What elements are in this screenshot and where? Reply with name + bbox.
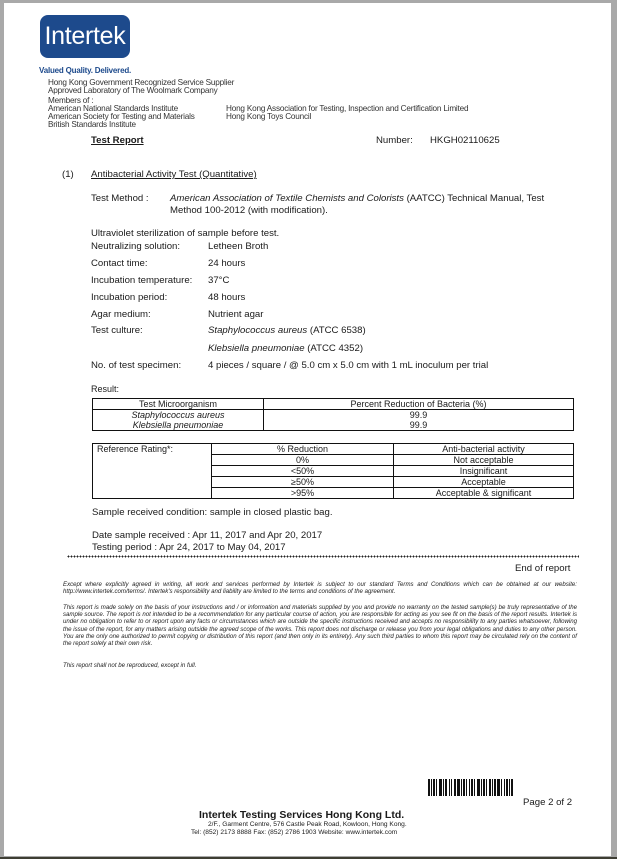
report-number: HKGH02110625 [430,135,500,146]
table-row: Klebsiella pneumoniae 99.9 [93,420,574,431]
reduction-cell: 99.9 [264,420,574,431]
method-rest: (AATCC) Technical Manual, Test [404,193,544,204]
result-table: Test Microorganism Percent Reduction of … [92,398,574,431]
table-header: % Reduction [212,444,394,455]
organism-cell: Staphylococcus aureus [93,410,264,421]
organism-cell: Klebsiella pneumoniae [93,420,264,431]
method-org: American Association of Textile Chemists… [170,193,404,204]
dotted-separator [67,555,579,558]
barcode [428,779,576,796]
logo-text: Intertek [45,22,126,50]
reduction-cell: <50% [212,466,394,477]
culture-1: Staphylococcus aureus (ATCC 6538) [208,325,366,336]
section-title: Antibacterial Activity Test (Quantitativ… [91,169,257,180]
param-value: Letheen Broth [208,241,268,252]
page-number: Page 2 of 2 [523,797,572,808]
disclaimer-scope: This report is made solely on the basis … [63,604,577,647]
sterilization-note: Ultraviolet sterilization of sample befo… [91,228,279,239]
test-method-label: Test Method : [91,193,149,204]
end-of-report: End of report [515,563,570,574]
activity-cell: Not acceptable [394,455,574,466]
company-contact: Tel: (852) 2173 8888 Fax: (852) 2786 190… [191,829,397,836]
param-value: 48 hours [208,292,245,303]
company-address: 2/F., Garment Centre, 576 Castle Peak Ro… [208,821,407,828]
param-label: Incubation temperature: [91,275,192,286]
reduction-cell: ≥50% [212,477,394,488]
intertek-logo: Intertek [40,15,130,58]
report-title: Test Report [91,135,144,146]
date-received: Date sample received : Apr 11, 2017 and … [92,530,322,541]
result-label: Result: [91,384,119,394]
reduction-cell: 99.9 [264,410,574,421]
culture-organism: Staphylococcus aureus [208,325,307,336]
testing-period: Testing period : Apr 24, 2017 to May 04,… [92,542,286,553]
param-value: 24 hours [208,258,245,269]
test-method-line2: Method 100-2012 (with modification). [170,205,328,216]
specimen-label: No. of test specimen: [91,360,181,371]
param-label: Agar medium: [91,309,151,320]
table-row: Staphylococcus aureus 99.9 [93,410,574,421]
param-label: Incubation period: [91,292,167,303]
accreditation-2: Approved Laboratory of The Woolmark Comp… [48,87,218,95]
activity-cell: Insignificant [394,466,574,477]
sample-condition: Sample received condition: sample in clo… [92,507,333,518]
activity-cell: Acceptable [394,477,574,488]
culture-2: Klebsiella pneumoniae (ATCC 4352) [208,343,363,354]
table-header: Percent Reduction of Bacteria (%) [264,399,574,410]
reference-label: Reference Rating*: [93,444,212,499]
culture-organism: Klebsiella pneumoniae [208,343,305,354]
param-value: Nutrient agar [208,309,263,320]
member-right-2: Hong Kong Toys Council [226,113,311,121]
culture-strain: (ATCC 4352) [305,343,363,354]
member-left-3: British Standards Institute [48,121,136,129]
specimen-value: 4 pieces / square / @ 5.0 cm x 5.0 cm wi… [208,360,488,371]
param-label: Contact time: [91,258,148,269]
culture-strain: (ATCC 6538) [307,325,365,336]
test-method-line1: American Association of Textile Chemists… [170,193,544,204]
table-header: Test Microorganism [93,399,264,410]
table-header-row: Reference Rating*: % Reduction Anti-bact… [93,444,574,455]
reduction-cell: 0% [212,455,394,466]
report-page: Intertek Valued Quality. Delivered. Hong… [4,3,611,856]
disclaimer-reproduction: This report shall not be reproduced, exc… [63,662,577,669]
company-name: Intertek Testing Services Hong Kong Ltd. [199,809,404,821]
table-header-row: Test Microorganism Percent Reduction of … [93,399,574,410]
table-header: Anti-bacterial activity [394,444,574,455]
param-label: Neutralizing solution: [91,241,180,252]
param-value: 37°C [208,275,229,286]
reduction-cell: >95% [212,488,394,499]
disclaimer-terms: Except where explicitly agreed in writin… [63,581,577,595]
number-label: Number: [376,135,413,146]
culture-label: Test culture: [91,325,143,336]
section-index: (1) [62,169,74,180]
reference-rating-table: Reference Rating*: % Reduction Anti-bact… [92,443,574,499]
activity-cell: Acceptable & significant [394,488,574,499]
tagline: Valued Quality. Delivered. [39,66,131,75]
